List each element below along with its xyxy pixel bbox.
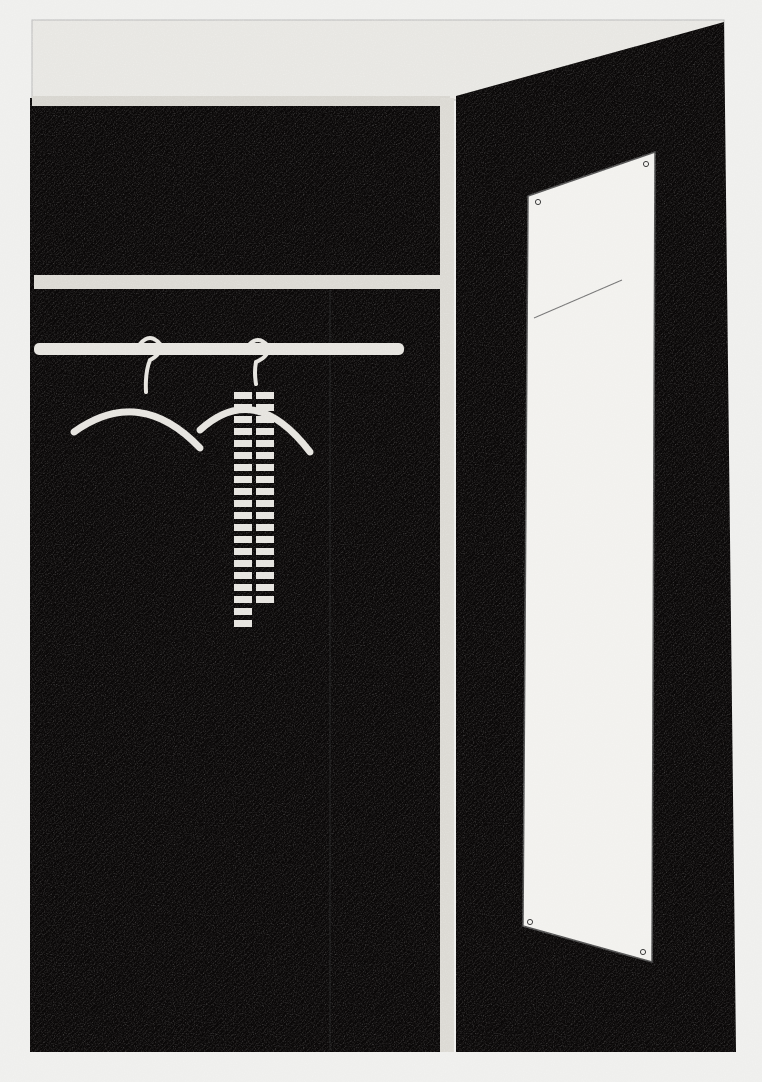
wardrobe-etching <box>0 0 762 1082</box>
